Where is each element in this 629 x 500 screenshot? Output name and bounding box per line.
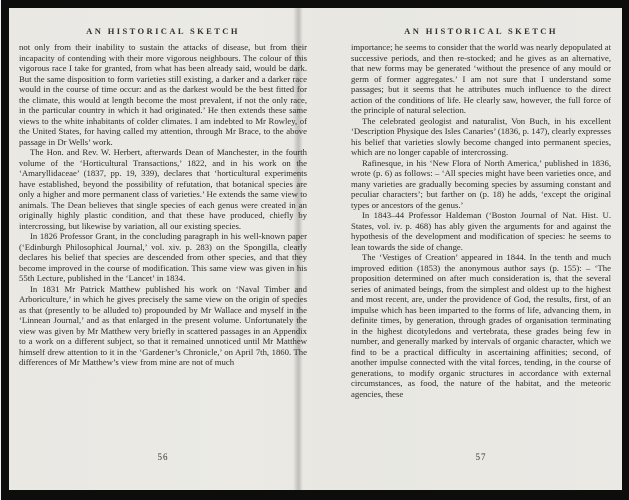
book-spread: AN HISTORICAL SKETCH not only from their… [9, 8, 622, 490]
running-header-left: AN HISTORICAL SKETCH [19, 26, 307, 36]
right-page-body: importance; he seems to consider that th… [351, 42, 611, 399]
paragraph: In 1826 Professor Grant, in the concludi… [19, 231, 307, 284]
paragraph: The celebrated geologist and naturalist,… [351, 116, 611, 158]
left-page-body: not only from their inability to sustain… [19, 42, 307, 368]
page-number-right: 57 [351, 452, 611, 462]
paragraph: In 1843–44 Professor Haldeman (‘Boston J… [351, 210, 611, 252]
paragraph: not only from their inability to sustain… [19, 42, 307, 147]
left-page: AN HISTORICAL SKETCH not only from their… [19, 8, 307, 490]
paragraph: In 1831 Mr Patrick Matthew published his… [19, 284, 307, 368]
running-header-right: AN HISTORICAL SKETCH [351, 26, 611, 36]
page-number-left: 56 [19, 452, 307, 462]
paragraph: importance; he seems to consider that th… [351, 42, 611, 116]
paragraph: The ‘Vestiges of Creation’ appeared in 1… [351, 252, 611, 399]
paragraph: The Hon. and Rev. W. Herbert, afterwards… [19, 147, 307, 231]
paragraph: Rafinesque, in his ‘New Flora of North A… [351, 158, 611, 211]
book-scan-frame: AN HISTORICAL SKETCH not only from their… [0, 0, 629, 500]
right-page: AN HISTORICAL SKETCH importance; he seem… [351, 8, 611, 490]
